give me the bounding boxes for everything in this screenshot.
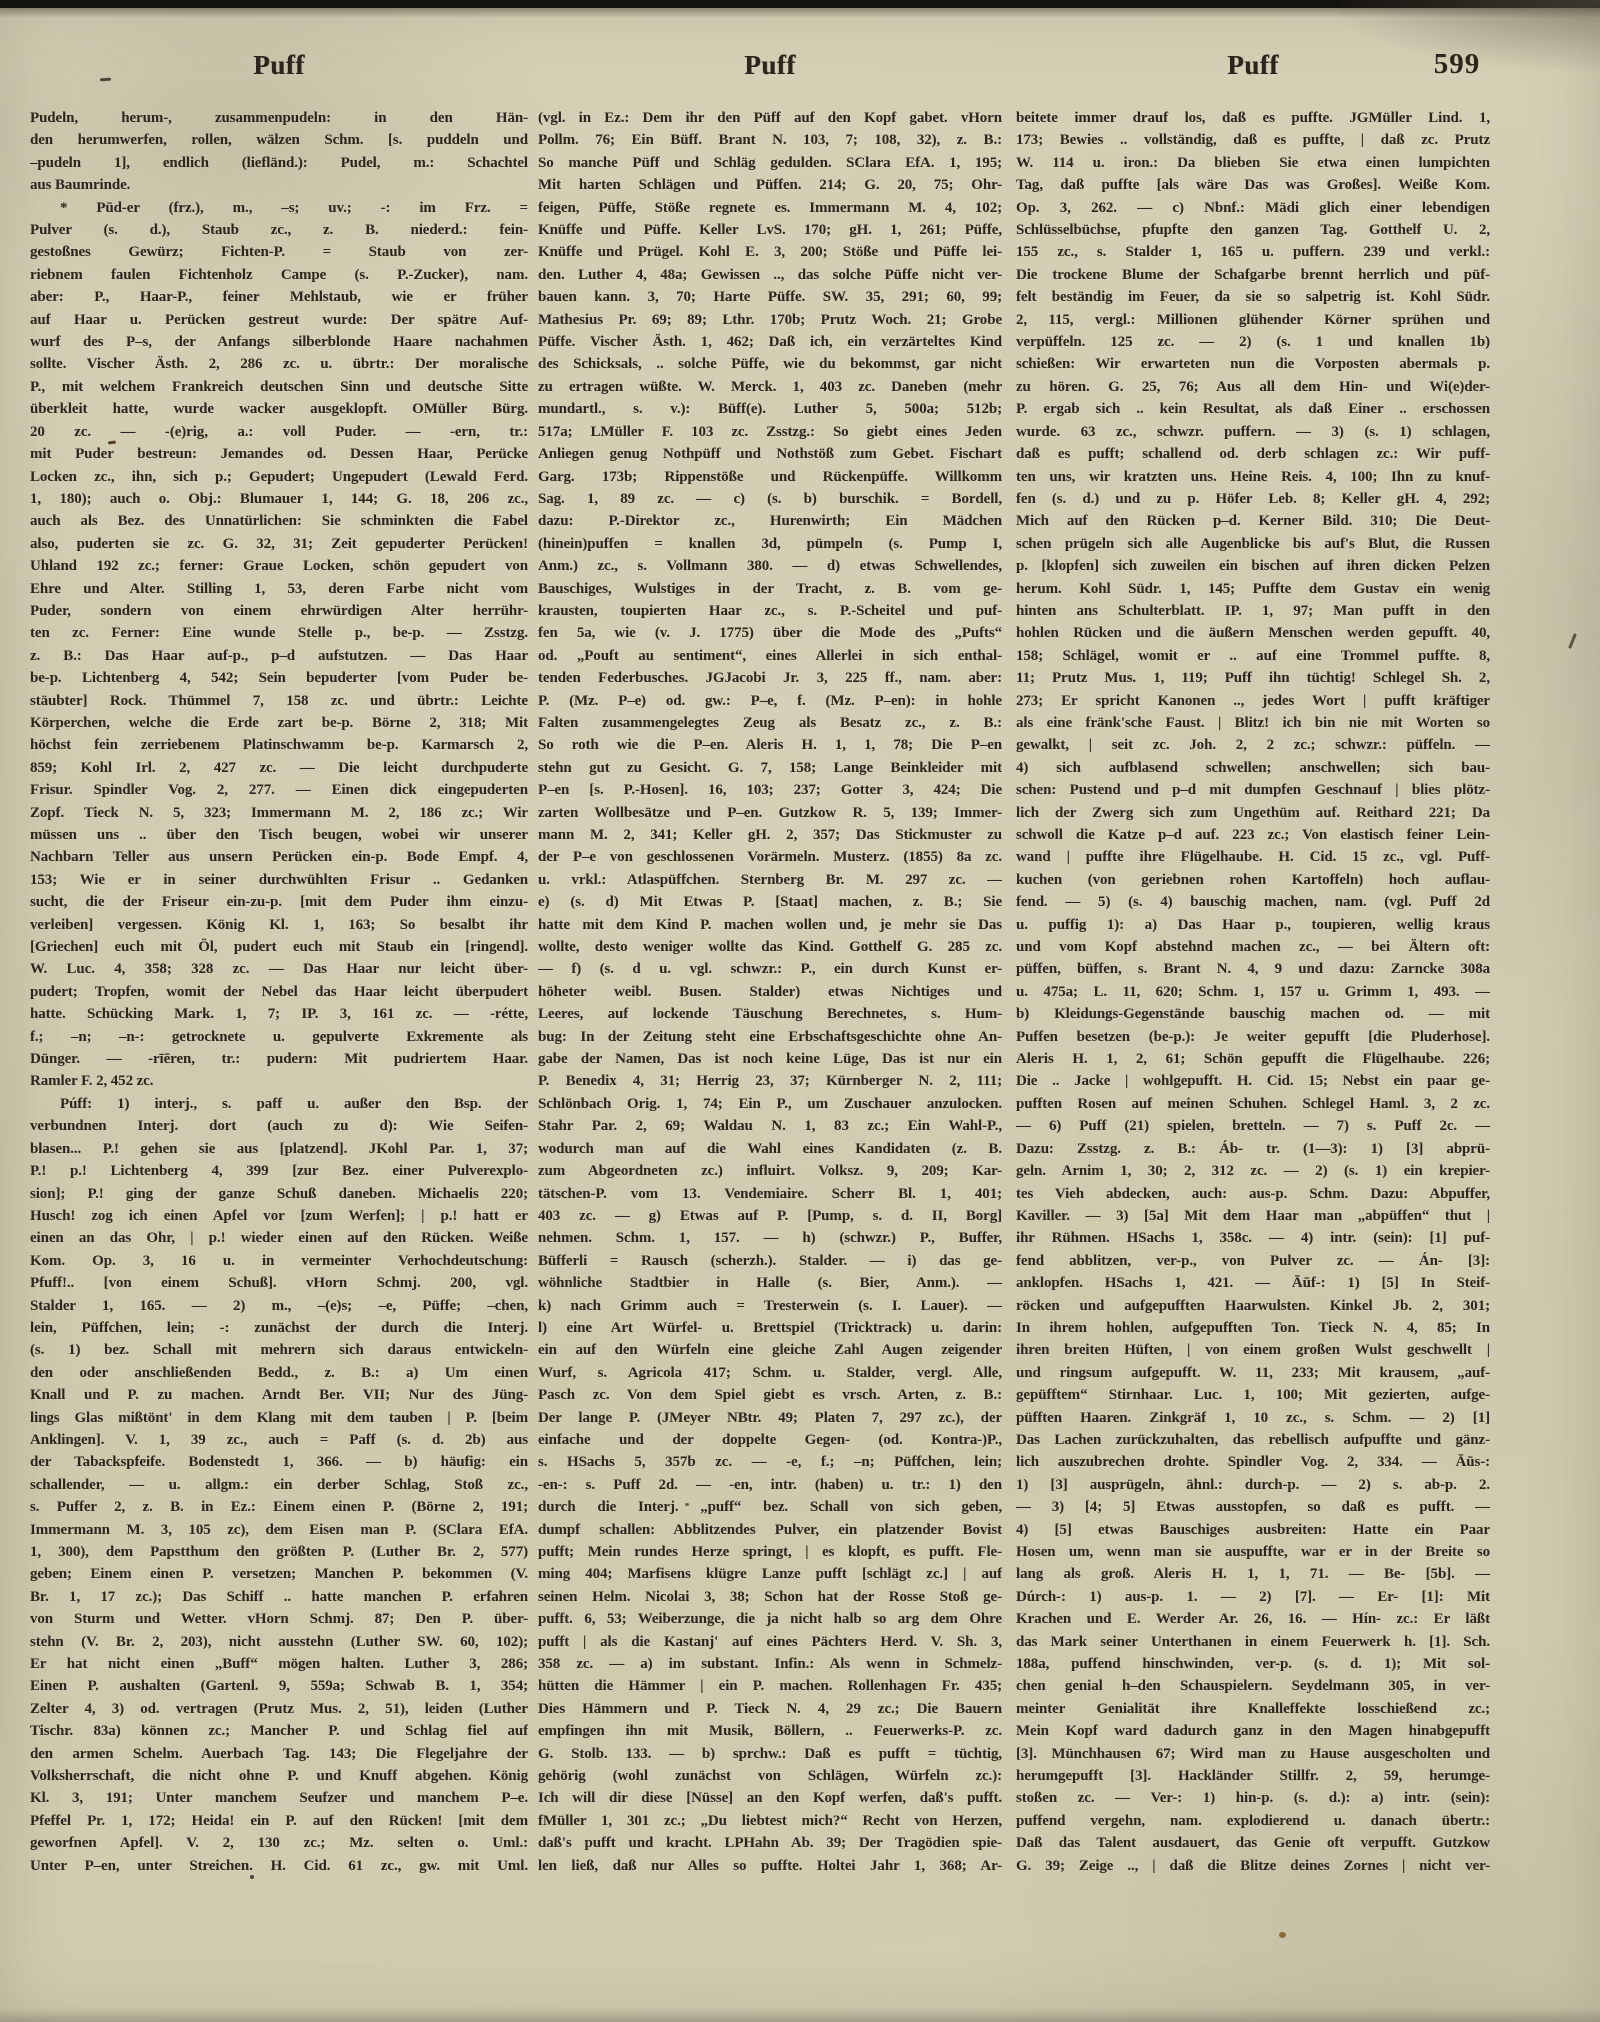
text-line: hinten ans Schulterblatt. IP. 1, 97; Man… [1016,600,1490,622]
text-line: chen genial h–den Schauspielern. Seydelm… [1016,1675,1490,1697]
text-line: Die trockene Blume der Schafgarbe brennt… [1016,264,1490,286]
text-line: Büfferli = Rausch (scherzh.). Stalder. —… [538,1250,1002,1272]
text-line: beitete immer drauf los, daß es puffte. … [1016,107,1490,129]
text-line: 859; Kohl Irl. 2, 427 zc. — Die leicht d… [30,757,528,779]
text-line: Die .. Jacke | wohlgepufft. H. Cid. 15; … [1016,1070,1490,1092]
running-head-column-1: Puff [30,48,528,82]
text-line: Anm.) zc., s. Vollmann 380. — d) etwas S… [538,555,1002,577]
text-line: In ihrem hohlen, aufgepufften Ton. Tieck… [1016,1317,1490,1339]
text-line: den armen Schelm. Auerbach Tag. 143; Die… [30,1743,528,1765]
text-line: Leeres, auf lockende Täuschung Berechnet… [538,1003,1002,1025]
text-line: fen (s. d.) und zu p. Höfer Leb. 8; Kell… [1016,488,1490,510]
text-line: Puder, sondern von einem ehrwürdigen Alt… [30,600,528,622]
text-line: Krachen und E. Werder Ar. 26, 16. — Hín-… [1016,1608,1490,1630]
text-line: Zopf. Tieck N. 5, 323; Immermann M. 2, 1… [30,802,528,824]
text-line: geben; Einem einen P. versetzen; Manchen… [30,1563,528,1585]
text-line: 155 zc., s. Stalder 1, 165 u. puffern. 2… [1016,241,1490,263]
text-line: des Schicksals, .. solche Püffe, wie du … [538,353,1002,375]
text-line: Op. 3, 262. — c) Nbnf.: Mädi glich einer… [1016,197,1490,219]
running-head-column-2: Puff [538,48,1002,82]
text-line: gestoßnes Gewürz; Fichten-P. = Staub von… [30,241,528,263]
text-line: aus Baumrinde. [30,174,528,196]
text-line: Das Lachen zurückzuhalten, das rebellisc… [1016,1429,1490,1451]
text-line: Pfeffel Pr. 1, 172; Heida! ein P. auf de… [30,1810,528,1832]
text-line: herum. Kohl Südr. 1, 145; Puffte dem Gus… [1016,578,1490,600]
text-line: auf Haar u. Perücken gestreut wurde: Der… [30,309,528,331]
text-line: zarten Wollbesätze und P–en. Gutzkow R. … [538,802,1002,824]
text-line: Pollm. 76; Ein Büff. Brant N. 103, 7; 10… [538,129,1002,151]
dictionary-column-1: Pudeln, herum-, zusammenpudeln: in den H… [30,107,528,1877]
text-line: der P–e von geschlossenen Vorärmeln. Mus… [538,846,1002,868]
text-line: Kl. 3, 191; Unter manchem Seufzer und ma… [30,1787,528,1809]
text-line: das Mark seiner Unterthanen in einem Feu… [1016,1631,1490,1653]
text-line: s. Puffer 2, z. B. in Ez.: Einem einen P… [30,1496,528,1518]
text-line: ming 404; Marfisens klügre Lanze pufft [… [538,1563,1002,1585]
text-line: wodurch man auf die Wahl eines Kandidate… [538,1138,1002,1160]
text-line: * Pūd-er (frz.), m., –s; uv.; -: im Frz.… [30,197,528,219]
text-line: (hinein)puffen = knallen 3d, pümpeln (s.… [538,533,1002,555]
text-line: tenden Federbusches. JGJacobi Jr. 3, 225… [538,667,1002,689]
text-line: wöhnliche Stadtbier in Halle (s. Bier, A… [538,1272,1002,1294]
text-line: fen 5a, wie (v. J. 1775) über die Mode d… [538,622,1002,644]
ink-speck [685,1503,689,1506]
text-line: gabe der Namen, Das ist noch keine Lüge,… [538,1048,1002,1070]
ink-speck [250,1875,254,1879]
text-line: wurf des P–s, der Anfangs silberblonde H… [30,331,528,353]
text-line: schießen: Wir erwarteten nun die Vorpost… [1016,353,1490,375]
text-line: ten zc. Ferner: Eine wunde Stelle p., be… [30,622,528,644]
text-line: verleiben] vergessen. König Kl. 1, 163; … [30,914,528,936]
text-line: Kaviller. — 3) [5a] Mit dem Haar man „ab… [1016,1205,1490,1227]
text-line: Dazu: Zsstzg. z. B.: Áb- tr. (1—3): 1) [… [1016,1138,1490,1160]
text-line: seinen Helm. Nicolai 3, 38; Schon hat de… [538,1586,1002,1608]
text-line: Stahr Par. 2, 69; Waldau N. 1, 83 zc.; E… [538,1115,1002,1137]
text-line: den oder anschließenden Bedd., z. B.: a)… [30,1362,528,1384]
text-line: — 3) [4; 5] Etwas ausstopfen, so daß es … [1016,1496,1490,1518]
text-line: f.; –n; –n-: getrocknete u. gepulverte E… [30,1026,528,1048]
text-line: Volksherrschaft, die nicht ohne P. und K… [30,1765,528,1787]
text-line: überkleit hatte, wurde wacker ausgeklopf… [30,398,528,420]
text-line: höheter weibl. Busen. Stalder) etwas Nic… [538,981,1002,1003]
text-line: Hosen um, wenn man sie auspuffte, war er… [1016,1541,1490,1563]
text-line: zum Abgeordneten zc.) influirt. Volksz. … [538,1160,1002,1182]
text-line: 158; Schlägel, womit er .. auf eine Trom… [1016,645,1490,667]
text-line: k) nach Grimm auch = Tresterwein (s. I. … [538,1295,1002,1317]
text-line: bug: In der Zeitung steht eine Erbschaft… [538,1026,1002,1048]
text-line: lein, Püffchen, lein; -: zunächst der du… [30,1317,528,1339]
text-line: ihr Rühmen. HSachs 1, 358c. — 4) intr. (… [1016,1227,1490,1249]
text-line: Püffe. Vischer Ästh. 1, 462; Daß ich, ei… [538,331,1002,353]
text-line: hütten die Hämmer | ein P. machen. Rolle… [538,1675,1002,1697]
text-line: stehn (V. Br. 2, 203), nicht ausstehn (L… [30,1631,528,1653]
text-line: P. (Mz. P–e) od. gw.: P–e, f. (Mz. P–en)… [538,690,1002,712]
text-line: dazu: P.-Direktor zc., Hurenwirth; Ein M… [538,510,1002,532]
text-line: pufft. 6, 53; Weiberzunge, die ja nicht … [538,1608,1002,1630]
text-line: einfache und der doppelte Gegen- (od. Ko… [538,1429,1002,1451]
text-line: P., mit welchem Frankreich deutschen Sin… [30,376,528,398]
text-line: Knall und P. zu machen. Arndt Ber. VII; … [30,1384,528,1406]
text-line: pudert; Tropfen, womit der Nebel das Haa… [30,981,528,1003]
text-line: Dúrch-: 1) aus-p. 1. — 2) [7]. — Er- [1]… [1016,1586,1490,1608]
text-line: und vom Kopf abstehnd machen zc., — bei … [1016,936,1490,958]
text-line: Mathesius Pr. 69; 89; Lthr. 170b; Prutz … [538,309,1002,331]
text-line: Zelter 4, 3) od. vertragen (Prutz Mus. 2… [30,1698,528,1720]
text-line: 153; Wie er in seiner durchwühlten Frisu… [30,869,528,891]
text-line: Knüffe und Prügel. Kohl E. 3, 200; Stöße… [538,241,1002,263]
text-line: Frisur. Spindler Vog. 2, 277. — Einen di… [30,779,528,801]
text-line: von Sturm und Wetter. vHorn Schmj. 87; D… [30,1608,528,1630]
text-line: stäubter] Rock. Thümmel 7, 158 zc. und ü… [30,690,528,712]
text-line: Körperchen, welche die Erde zart be-p. B… [30,712,528,734]
text-line: 20 zc. — -(e)rig, a.: voll Puder. — -ern… [30,421,528,443]
text-line: 4) sich aufblasend schwellen; anschwelle… [1016,757,1490,779]
text-line: hatte mit dem Kind P. machen wollen und,… [538,914,1002,936]
text-line: sollte. Vischer Ästh. 2, 286 zc. u. übrt… [30,353,528,375]
text-line: tätschen-P. vom 13. Vendemiaire. Scherr … [538,1183,1002,1205]
text-line: und ringsum aufgepufft. W. 11, 233; Mit … [1016,1362,1490,1384]
text-line: pufft; Mein rundes Herze springt, | es k… [538,1541,1002,1563]
text-line: Garg. 173b; Rippenstöße und Rückenpüffe.… [538,466,1002,488]
text-line: s. HSachs 5, 357b zc. — -e, f.; –n; Püff… [538,1451,1002,1473]
text-line: wand | puffte ihre Flügelhaube. H. Cid. … [1016,846,1490,868]
text-line: 1, 300), dem Papstthum den größten P. (L… [30,1541,528,1563]
text-line: u. vrkl.: Atlaspüffchen. Sternberg Br. M… [538,869,1002,891]
text-line: einen an das Ohr, | p.! wieder einen auf… [30,1227,528,1249]
text-line: 173; Bewies .. vollständig, daß es pufft… [1016,129,1490,151]
text-line: schen: Pustend und p–d mit dumpfen Gesch… [1016,779,1490,801]
text-line: Ramler F. 2, 452 zc. [30,1070,528,1092]
text-line: Falten zusammengelegtes Zeug als Besatz … [538,712,1002,734]
text-line: krausten, toupierten Haar zc., s. P.-Sch… [538,600,1002,622]
text-line: Immermann M. 3, 105 zc), dem Eisen man P… [30,1519,528,1541]
text-line: herumgepufft [3]. Hackländer Stillfr. 2,… [1016,1765,1490,1787]
text-line: zu hören. G. 25, 76; Aus all dem Hin- un… [1016,376,1490,398]
text-line: schwoll die Katze p–d auf. 223 zc.; Von … [1016,824,1490,846]
text-line: Anklingen]. V. 1, 39 zc., auch = Paff (s… [30,1429,528,1451]
text-line: Púff: 1) interj., s. paff u. außer den B… [30,1093,528,1115]
text-line: b) Kleidungs-Gegenstände bauschig machen… [1016,1003,1490,1025]
text-line: auch als Bez. des Unnatürlichen: Sie sch… [30,510,528,532]
text-line: 403 zc. — g) Etwas auf P. [Pump, s. d. I… [538,1205,1002,1227]
text-line: püffen, büffen, s. Brant N. 4, 9 und daz… [1016,958,1490,980]
text-line: Pulver (s. d.), Staub zc., z. B. niederd… [30,219,528,241]
text-line: sucht, die der Friseur ein-zu-p. [mit de… [30,891,528,913]
text-line: Er hat nicht einen „Buff“ mögen halten. … [30,1653,528,1675]
text-line: röcken und aufgepufften Haarwulsten. Kin… [1016,1295,1490,1317]
page-number: 599 [1392,46,1522,82]
text-line: blasen... P.! gehen sie aus [platzend]. … [30,1138,528,1160]
text-line: Anliegen genug Nothpüff und Nothstöß zum… [538,443,1002,465]
text-line: schallender, — u. allgm.: ein derber Sch… [30,1474,528,1496]
text-line: 358 zc. — a) im substant. Infin.: Als we… [538,1653,1002,1675]
text-line: 11; Prutz Mus. 1, 119; Puff ihn tüchtig!… [1016,667,1490,689]
text-line: -en-: s. Puff 2d. — -en, intr. (haben) u… [538,1474,1002,1496]
text-line: So manche Püff und Schläg gedulden. SCla… [538,152,1002,174]
text-line: tes Vieh abdecken, auch: aus-p. Schm. Da… [1016,1183,1490,1205]
text-line: ten uns, wir kratzten uns. Heine Reis. 4… [1016,466,1490,488]
text-line: Daß das Talent ausdauert, das Genie oft … [1016,1832,1490,1854]
text-line: P. ergab sich .. kein Resultat, als daß … [1016,398,1490,420]
page-bottom-shadow [0,2008,1600,2022]
text-line: Pudeln, herum-, zusammenpudeln: in den H… [30,107,528,129]
text-line: hohlen Rücken und die äußern Menschen we… [1016,622,1490,644]
text-line: gehörig (wohl zunächst von Schlägen, Wür… [538,1765,1002,1787]
text-line: Unter P–en, unter Streichen. H. Cid. 61 … [30,1855,528,1877]
dictionary-column-3: beitete immer drauf los, daß es puffte. … [1016,107,1490,1877]
text-line: verbundnen Interj. dort (auch zu d): Wie… [30,1115,528,1137]
dictionary-page: Puff Puff Puff 599 Pudeln, herum-, zusam… [0,0,1600,2022]
text-line: mit Puder bestreun: Jemandes od. Dessen … [30,443,528,465]
text-line: W. Luc. 4, 358; 328 zc. — Das Haar nur l… [30,958,528,980]
text-line: lings Glas mißtönt' in dem Klang mit dem… [30,1407,528,1429]
text-line: be-p. Lichtenberg 4, 542; Sein bepuderte… [30,667,528,689]
text-line: Wurf, s. Agricola 417; Schm. u. Stalder,… [538,1362,1002,1384]
text-line: Husch! zog ich einen Apfel vor [zum Werf… [30,1205,528,1227]
text-line: stehn gut zu Gesicht. G. 7, 158; Lange B… [538,757,1002,779]
text-line: Schlönbach Orig. 1, 74; Ein P., um Zusch… [538,1093,1002,1115]
text-line: l) eine Art Würfel- u. Brettspiel (Trick… [538,1317,1002,1339]
text-line: P–en [s. P.-Hosen]. 16, 103; 237; Gotter… [538,779,1002,801]
paper-stain [1279,1932,1286,1938]
text-line: 273; Er spricht Kanonen .., jedes Wort |… [1016,690,1490,712]
text-line: Der lange P. (JMeyer NBtr. 49; Platen 7,… [538,1407,1002,1429]
text-line: Dies Hämmern und P. Tieck N. 4, 29 zc.; … [538,1698,1002,1720]
text-line: schen prügeln sich alle Augenblicke bis … [1016,533,1490,555]
text-line: 4) [5] etwas Bauschiges ausbreiten: Hatt… [1016,1519,1490,1541]
text-line: Einen P. aushalten (Gartenl. 9, 559a; Sc… [30,1675,528,1697]
text-line: lang als groß. Aleris H. 1, 1, 71. — Be-… [1016,1563,1490,1585]
text-line: [Griechen] euch mit Öl, pudert euch mit … [30,936,528,958]
text-line: Mich auf den Rücken p–d. Kerner Bild. 31… [1016,510,1490,532]
text-line: z. B.: Das Haar auf-p., p–d aufstutzen. … [30,645,528,667]
text-line: 1, 180); auch o. Obj.: Blumauer 1, 144; … [30,488,528,510]
text-line: empfingen ihn mit Musik, Böllern, .. Feu… [538,1720,1002,1742]
text-line: bauen kann. 3, 70; Harte Püffe. SW. 35, … [538,286,1002,308]
text-line: verpüffeln. 125 zc. — 2) (s. 1 und knall… [1016,331,1490,353]
text-line: Schlüsselbüchse, pfupfte den ganzen Tag.… [1016,219,1490,241]
text-line: Mit harten Schlägen und Püffen. 214; G. … [538,174,1002,196]
text-line: ein auf den Würfeln eine gleiche Zahl Au… [538,1339,1002,1361]
text-line: G. Stolb. 133. — b) sprchw.: Daß es puff… [538,1743,1002,1765]
text-line: Pfuff!.. [von einem Schuß]. vHorn Schmj.… [30,1272,528,1294]
text-line: Nachbarn Teller aus unsern Perücken ein-… [30,846,528,868]
text-line: P.! p.! Lichtenberg 4, 399 [zur Bez. ein… [30,1160,528,1182]
text-line: pufft | als die Kastanj' auf eines Pächt… [538,1631,1002,1653]
text-line: 188a, puffend hinschwinden, ver-p. (s. d… [1016,1653,1490,1675]
text-line: Bauschiges, Wulstiges in der Tracht, z. … [538,578,1002,600]
text-line: riebnem faulen Fichtenholz Campe (s. P.-… [30,264,528,286]
text-line: anklopfen. HSachs 1, 421. — Āūf-: 1) [5]… [1016,1272,1490,1294]
text-line: P. Benedix 4, 31; Herrig 23, 37; Kürnber… [538,1070,1002,1092]
text-line: gepüfftem“ Stirnhaar. Luc. 1, 100; Mit g… [1016,1384,1490,1406]
text-line: (s. 1) bez. Schall mit mehrern sich dara… [30,1339,528,1361]
text-line: Dünger. — -rīēren, tr.: pudern: Mit pudr… [30,1048,528,1070]
text-line: [3]. Münchhausen 67; Wird man zu Hause a… [1016,1743,1490,1765]
text-line: lich auszubrechen drohte. Spindler Vog. … [1016,1451,1490,1473]
text-line: Mein Kopf ward dadurch ganz in den Magen… [1016,1720,1490,1742]
text-line: u. 475a; L. 11, 620; Schm. 1, 157 u. Gri… [1016,981,1490,1003]
text-line: höchst fein zerriebenem Platinschwamm be… [30,734,528,756]
text-line: ihren breiten Hüften, | von einem großen… [1016,1339,1490,1361]
text-line: durch die Interj. „puff“ bez. Schall von… [538,1496,1002,1518]
text-line: –pudeln 1], endlich (liefländ.): Pudel, … [30,152,528,174]
text-line: wurde. 63 zc., schwzr. puffern. — 3) (s.… [1016,421,1490,443]
text-line: daß es pufft; schallend od. derb schlage… [1016,443,1490,465]
text-line: — 6) Puff (21) spielen, bretteln. — 7) s… [1016,1115,1490,1137]
text-line: fMüller 1, 301 zc.; „Du liebtest mich?“ … [538,1810,1002,1832]
text-line: 1) [3] ausprügeln, ähnl.: durch-p. — 2) … [1016,1474,1490,1496]
text-line: also, puderten sie zc. G. 32, 31; Zeit g… [30,533,528,555]
text-line: p. [klopfen] sich zuweilen ein bischen a… [1016,555,1490,577]
text-line: Sag. 1, 89 zc. — c) (s. b) burschik. = B… [538,488,1002,510]
text-line: (vgl. in Ez.: Dem ihr den Püff auf den K… [538,107,1002,129]
text-line: mann M. 2, 341; Keller gH. 2, 357; Das S… [538,824,1002,846]
text-line: als eine fränk'sche Faust. | Blitz! ich … [1016,712,1490,734]
text-line: Knüffe und Püffe. Keller LvS. 170; gH. 1… [538,219,1002,241]
text-line: len ließ, daß nur Alles so puffte. Holte… [538,1855,1002,1877]
text-line: u. puffig 1): a) Das Haar p., toupieren,… [1016,914,1490,936]
text-line: Br. 1, 17 zc.); Das Schiff .. hatte manc… [30,1586,528,1608]
text-line: G. 39; Zeige .., | daß die Blitze deines… [1016,1855,1490,1877]
text-line: Ich will dir diese [Nüsse] an den Kopf w… [538,1787,1002,1809]
text-line: 517a; LMüller F. 103 zc. Zsstzg.: So gie… [538,421,1002,443]
text-line: feigen, Püffe, Stöße regnete es. Immerma… [538,197,1002,219]
text-line: Locken zc., ihn, sich p.; Gepudert; Unge… [30,466,528,488]
text-line: den herumwerfen, rollen, wälzen Schm. [s… [30,129,528,151]
text-line: So roth wie die P–en. Aleris H. 1, 1, 78… [538,734,1002,756]
text-line: zu ertragen wüßte. W. Merck. 1, 403 zc. … [538,376,1002,398]
text-line: hatte. Schücking Mark. 1, 7; IP. 3, 161 … [30,1003,528,1025]
text-line: stoßen zc. — Ver-: 1) hin-p. (s. d.): a)… [1016,1787,1490,1809]
text-line: e) (s. d) Mit Etwas P. [Staat] machen, z… [538,891,1002,913]
text-line: Ehre und Alter. Stilling 1, 53, deren Fa… [30,578,528,600]
text-line: Kom. Op. 3, 16 u. in vermeinter Verhochd… [30,1250,528,1272]
text-line: sion]; P.! ging der ganze Schuß daneben.… [30,1183,528,1205]
text-line: od. „Pouft au sentiment“, eines Allerlei… [538,645,1002,667]
text-line: aber: P., Haar-P., feiner Mehlstaub, wie… [30,286,528,308]
text-line: Aleris H. 1, 2, 61; Schön gepufft die Fl… [1016,1048,1490,1070]
text-line: mundartl., s. v.): Büff(e). Luther 5, 50… [538,398,1002,420]
text-line: gewalkt, | seit zc. Joh. 2, 2 zc.; schwz… [1016,734,1490,756]
text-line: puffend vergehn, nam. explodierend u. da… [1016,1810,1490,1832]
pen-mark [1568,633,1577,649]
text-line: pufften Rosen auf meinen Schuhen. Schleg… [1016,1093,1490,1115]
text-line: müssen uns .. über den Tisch beugen, wob… [30,824,528,846]
text-line: — f) (s. d u. vgl. schwzr.: P., ein durc… [538,958,1002,980]
text-line: der Tabackspfeife. Bodenstedt 1, 366. — … [30,1451,528,1473]
text-line: Tischr. 83a) können zc.; Mancher P. und … [30,1720,528,1742]
text-line: Uhland 192 zc.; ferner: Graue Locken, sc… [30,555,528,577]
text-line: fend abblitzen, ver-p., von Pulver zc. —… [1016,1250,1490,1272]
text-line: geln. Arnim 1, 30; 2, 312 zc. — 2) (s. 1… [1016,1160,1490,1182]
text-line: geworfnen Apfel]. V. 2, 130 zc.; Mz. sel… [30,1832,528,1854]
text-line: daß's pufft und kracht. LPHahn Ab. 39; D… [538,1832,1002,1854]
text-line: nehmen. Schm. 1, 157. — h) (schwzr.) P.,… [538,1227,1002,1249]
text-line: fend. — 5) (s. 4) bauschig machen, nam. … [1016,891,1490,913]
text-line: dumpf schallen: Abblitzendes Pulver, ein… [538,1519,1002,1541]
text-line: felt beständig im Feuer, da sie so salpe… [1016,286,1490,308]
text-line: Pasch zc. Von dem Spiel giebt es vrsch. … [538,1384,1002,1406]
text-line: kuchen (von geriebnen rohen Kartoffeln) … [1016,869,1490,891]
text-line: meinter Genialität ihre Knalleffekte los… [1016,1698,1490,1720]
text-line: Stalder 1, 165. — 2) m., –(e)s; –e, Püff… [30,1295,528,1317]
text-line: Tag, daß puffte [als wäre Das was Großes… [1016,174,1490,196]
text-line: Puffen besetzen (be-p.): Je weiter gepuf… [1016,1026,1490,1048]
text-line: den. Luther 4, 48a; Gewissen .., das sol… [538,264,1002,286]
text-line: 2, 115, vergl.: Millionen glühender Körn… [1016,309,1490,331]
text-line: W. 114 u. iron.: Da blieben Sie etwa ein… [1016,152,1490,174]
dictionary-column-2: (vgl. in Ez.: Dem ihr den Püff auf den K… [538,107,1002,1877]
text-line: püfften Haaren. Zinkgräf 1, 10 zc., s. S… [1016,1407,1490,1429]
text-line: wollte, desto weniger wollte das Kind. G… [538,936,1002,958]
text-line: lich der Zwerg sich zum Ungethüm auf. Re… [1016,802,1490,824]
